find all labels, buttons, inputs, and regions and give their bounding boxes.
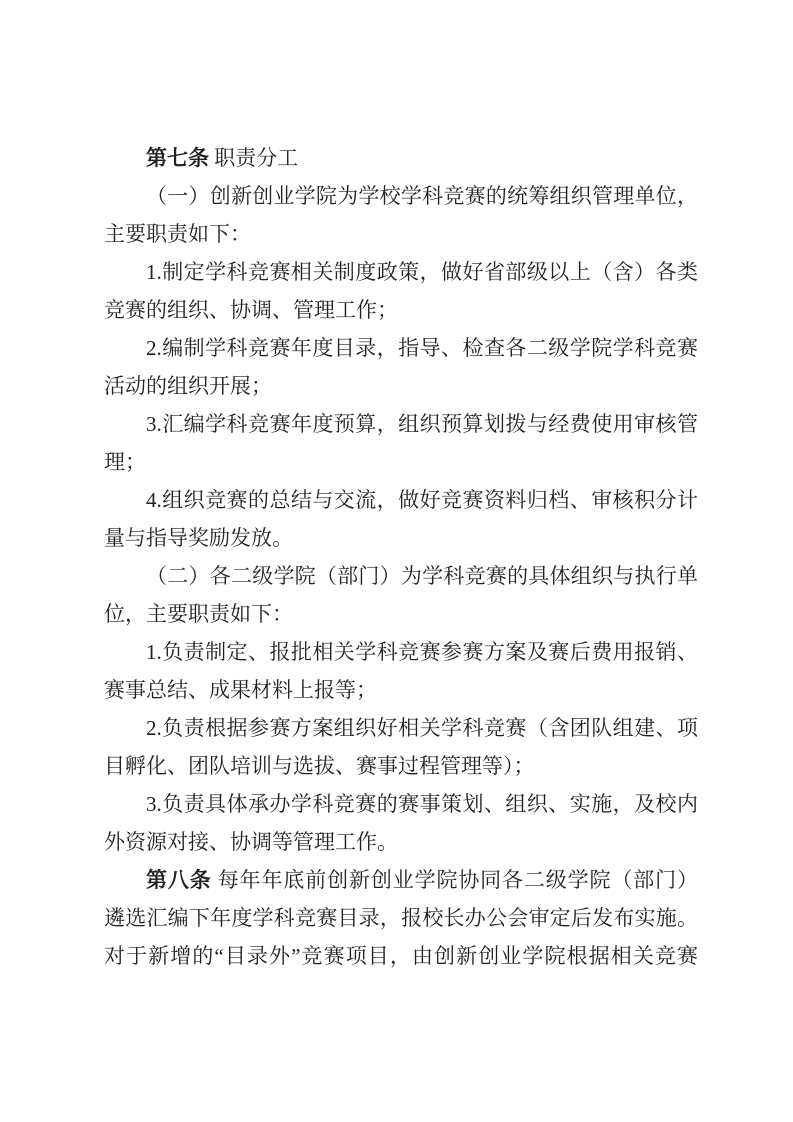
text-line: 2.编制学科竞赛年度目录，指导、检查各二级学院学科竞赛: [104, 329, 698, 367]
text-segment: （一）创新创业学院为学校学科竞赛的统筹组织管理单位，: [146, 184, 698, 208]
text-line: （二）各二级学院（部门）为学科竞赛的具体组织与执行单: [104, 557, 698, 595]
text-line: 第八条 每年年底前创新创业学院协同各二级学院（部门）: [104, 861, 698, 899]
text-segment: 主要职责如下：: [104, 222, 251, 246]
text-line: 活动的组织开展；: [104, 367, 698, 405]
document-page: 第七条 职责分工（一）创新创业学院为学校学科竞赛的统筹组织管理单位，主要职责如下…: [0, 0, 793, 1122]
text-line: 赛事总结、成果材料上报等；: [104, 671, 698, 709]
text-line: 2.负责根据参赛方案组织好相关学科竞赛（含团队组建、项: [104, 709, 698, 747]
text-line: 1.制定学科竞赛相关制度政策，做好省部级以上（含）各类: [104, 253, 698, 291]
text-line: 目孵化、团队培训与选拔、赛事过程管理等）；: [104, 747, 698, 785]
text-segment: 3.汇编学科竞赛年度预算，组织预算划拨与经费使用审核管: [146, 412, 698, 436]
text-segment: 外资源对接、协调等管理工作。: [104, 830, 398, 854]
text-segment: 量与指导奖励发放。: [104, 526, 293, 550]
text-segment: 2.编制学科竞赛年度目录，指导、检查各二级学院学科竞赛: [146, 336, 698, 360]
text-segment: 目孵化、团队培训与选拔、赛事过程管理等）；: [104, 754, 535, 778]
text-line: 理；: [104, 443, 698, 481]
text-line: （一）创新创业学院为学校学科竞赛的统筹组织管理单位，: [104, 177, 698, 215]
text-line: 对于新增的“目录外”竞赛项目，由创新创业学院根据相关竞赛: [104, 937, 698, 975]
text-segment: 位，主要职责如下：: [104, 602, 293, 626]
text-line: 第七条 职责分工: [104, 139, 698, 177]
text-line: 主要职责如下：: [104, 215, 698, 253]
document-body: 第七条 职责分工（一）创新创业学院为学校学科竞赛的统筹组织管理单位，主要职责如下…: [104, 139, 698, 975]
text-segment: 3.负责具体承办学科竞赛的赛事策划、组织、实施，及校内: [146, 792, 698, 816]
text-line: 外资源对接、协调等管理工作。: [104, 823, 698, 861]
text-segment: 竞赛的组织、协调、管理工作；: [104, 298, 398, 322]
text-segment: 遴选汇编下年度学科竞赛目录，报校长办公会审定后发布实施。: [104, 906, 698, 930]
text-segment: 4.组织竞赛的总结与交流，做好竞赛资料归档、审核积分计: [146, 488, 698, 512]
text-segment: 每年年底前创新创业学院协同各二级学院（部门）: [212, 868, 698, 892]
text-line: 3.汇编学科竞赛年度预算，组织预算划拨与经费使用审核管: [104, 405, 698, 443]
text-line: 1.负责制定、报批相关学科竞赛参赛方案及赛后费用报销、: [104, 633, 698, 671]
text-line: 3.负责具体承办学科竞赛的赛事策划、组织、实施，及校内: [104, 785, 698, 823]
clause-number: 第七条: [146, 147, 209, 170]
text-segment: 1.负责制定、报批相关学科竞赛参赛方案及赛后费用报销、: [146, 640, 698, 664]
text-segment: 职责分工: [209, 146, 298, 170]
text-segment: 理；: [104, 450, 146, 474]
text-line: 位，主要职责如下：: [104, 595, 698, 633]
text-segment: 1.制定学科竞赛相关制度政策，做好省部级以上（含）各类: [146, 260, 698, 284]
text-line: 量与指导奖励发放。: [104, 519, 698, 557]
text-segment: 2.负责根据参赛方案组织好相关学科竞赛（含团队组建、项: [146, 716, 698, 740]
text-segment: 对于新增的“目录外”竞赛项目，由创新创业学院根据相关竞赛: [104, 944, 698, 968]
clause-number: 第八条: [146, 869, 212, 892]
text-segment: 赛事总结、成果材料上报等；: [104, 678, 377, 702]
text-line: 4.组织竞赛的总结与交流，做好竞赛资料归档、审核积分计: [104, 481, 698, 519]
text-segment: （二）各二级学院（部门）为学科竞赛的具体组织与执行单: [146, 564, 698, 588]
text-segment: 活动的组织开展；: [104, 374, 272, 398]
text-line: 遴选汇编下年度学科竞赛目录，报校长办公会审定后发布实施。: [104, 899, 698, 937]
text-line: 竞赛的组织、协调、管理工作；: [104, 291, 698, 329]
